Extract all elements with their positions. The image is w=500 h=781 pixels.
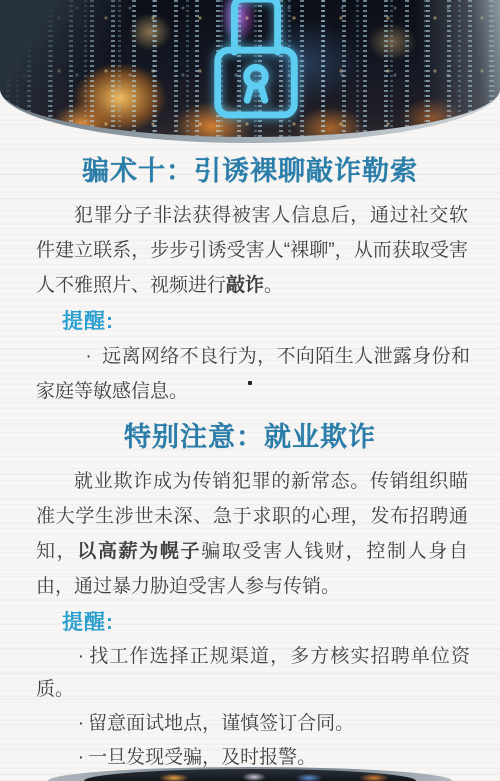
section2-bullet-1-text: 留意面试地点，谨慎签订合同。 bbox=[88, 713, 354, 734]
section1-paragraph-bold: 敲诈 bbox=[226, 275, 264, 296]
top-banner bbox=[0, 0, 500, 143]
section1-paragraph: 犯罪分子非法获得被害人信息后，通过社交软件建立联系，步步引诱受害人“裸聊”，从而… bbox=[36, 198, 468, 303]
city-photo bbox=[0, 0, 500, 137]
section2-bullet-1: ·留意面试地点，谨慎签订合同。 bbox=[36, 707, 470, 740]
bullet-dot-icon: · bbox=[85, 346, 91, 367]
article-body: 骗术十：引诱裸聊敲诈勒索 犯罪分子非法获得被害人信息后，通过社交软件建立联系，步… bbox=[0, 143, 500, 774]
stray-dot-artifact bbox=[248, 381, 252, 385]
section2-paragraph-bold: 以高薪为幌子 bbox=[77, 541, 201, 562]
bullet-dot-icon: · bbox=[78, 713, 84, 734]
bullet-dot-icon: · bbox=[78, 747, 84, 768]
section1-reminder-label: 提醒: bbox=[62, 305, 500, 338]
section2-bullet-2-text: 一旦发现受骗，及时报警。 bbox=[88, 747, 316, 768]
section1-bullet-0: ·远离网络不良行为，不向陌生人泄露身份和家庭等敏感信息。 bbox=[36, 339, 470, 409]
section2-title: 特别注意：就业欺诈 bbox=[0, 419, 500, 455]
section2-reminder-label: 提醒: bbox=[62, 606, 500, 639]
section2-bullet-0-text: 找工作选择正规渠道，多方核实招聘单位资质。 bbox=[36, 646, 470, 700]
anti-fraud-poster-page: 骗术十：引诱裸聊敲诈勒索 犯罪分子非法获得被害人信息后，通过社交软件建立联系，步… bbox=[0, 0, 500, 781]
section1-title: 骗术十：引诱裸聊敲诈勒索 bbox=[0, 153, 500, 189]
section1-bullet-0-text: 远离网络不良行为，不向陌生人泄露身份和家庭等敏感信息。 bbox=[36, 346, 470, 402]
section2-paragraph: 就业欺诈成为传销犯罪的新常态。传销组织瞄准大学生涉世未深、急于求职的心理，发布招… bbox=[36, 464, 468, 604]
section1-paragraph-post: 。 bbox=[264, 275, 283, 296]
section2-bullet-list: ·找工作选择正规渠道，多方核实招聘单位资质。 ·留意面试地点，谨慎签订合同。 ·… bbox=[0, 640, 500, 774]
section2-bullet-0: ·找工作选择正规渠道，多方核实招聘单位资质。 bbox=[36, 640, 470, 706]
bullet-dot-icon: · bbox=[78, 646, 84, 667]
lock-icon bbox=[202, 0, 310, 126]
